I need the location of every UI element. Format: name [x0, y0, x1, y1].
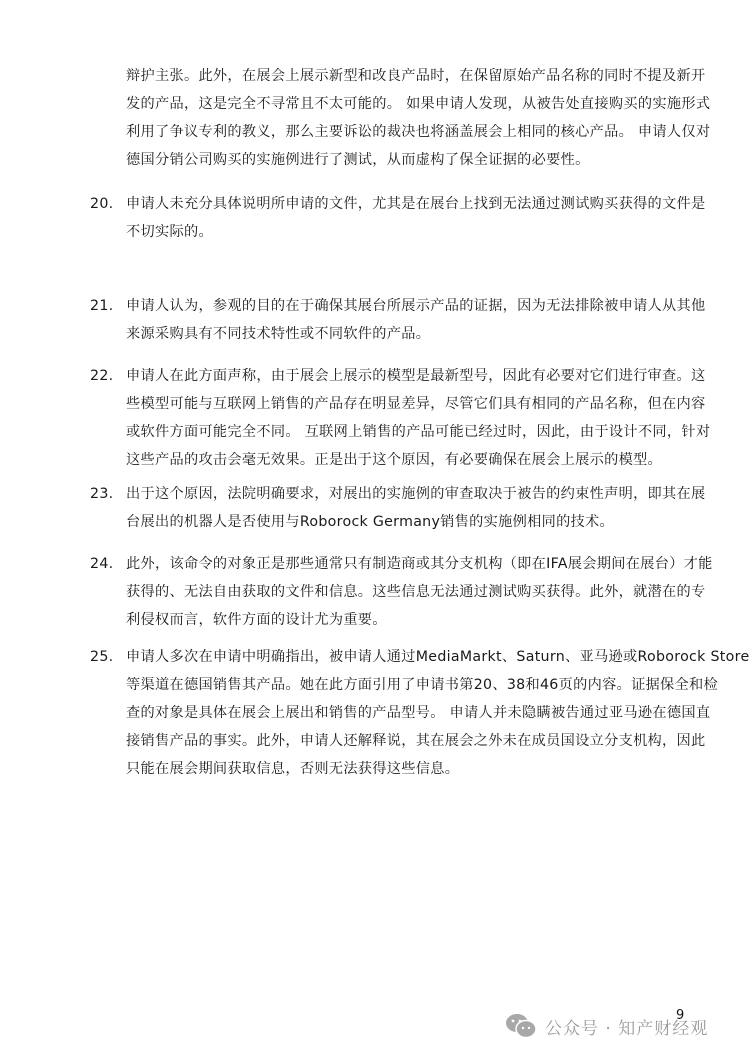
continuation-paragraph: 辩护主张。此外，在展会上展示新型和改良产品时，在保留原始产品名称的同时不提及新开…: [90, 62, 700, 174]
paragraph-25: 25.申请人多次在申请中明确指出，被申请人通过MediaMarkt、Saturn…: [90, 643, 700, 783]
text-line: 或软件方面可能完全不同。 互联网上销售的产品可能已经过时，因此，由于设计不同，针…: [90, 418, 700, 446]
paragraph-number: 24.: [90, 550, 126, 578]
text-line: 接销售产品的事实。此外，申请人还解释说，其在展会之外未在成员国设立分支机构，因此: [90, 727, 700, 755]
watermark-text: 公众号 · 知产财经观: [545, 1014, 708, 1039]
text-line: 些模型可能与互联网上销售的产品存在明显差异，尽管它们具有相同的产品名称，但在内容: [90, 390, 700, 418]
text-line: 辩护主张。此外，在展会上展示新型和改良产品时，在保留原始产品名称的同时不提及新开: [90, 62, 700, 90]
paragraph-21: 21.申请人认为，参观的目的在于确保其展台所展示产品的证据，因为无法排除被申请人…: [90, 292, 700, 348]
text-line: 德国分销公司购买的实施例进行了测试，从而虚构了保全证据的必要性。: [90, 146, 700, 174]
text-line: 台展出的机器人是否使用与Roborock Germany销售的实施例相同的技术。: [90, 508, 700, 536]
text-line: 申请人在此方面声称，由于展会上展示的模型是最新型号，因此有必要对它们进行审查。这: [126, 368, 706, 384]
text-line: 来源采购具有不同技术特性或不同软件的产品。: [90, 320, 700, 348]
text-line: 此外，该命令的对象正是那些通常只有制造商或其分支机构（即在IFA展会期间在展台）…: [126, 556, 713, 572]
paragraph-20: 20.申请人未充分具体说明所申请的文件，尤其是在展台上找到无法通过测试购买获得的…: [90, 190, 700, 246]
text-line: 不切实际的。: [90, 218, 700, 246]
watermark: 公众号 · 知产财经观: [505, 1013, 708, 1039]
text-line: 这些产品的攻击会毫无效果。正是出于这个原因，有必要确保在展会上展示的模型。: [90, 446, 700, 474]
paragraph-24: 24.此外，该命令的对象正是那些通常只有制造商或其分支机构（即在IFA展会期间在…: [90, 550, 700, 634]
paragraph-22: 22.申请人在此方面声称，由于展会上展示的模型是最新型号，因此有必要对它们进行审…: [90, 362, 700, 474]
paragraph-number: 23.: [90, 480, 126, 508]
wechat-icon: [505, 1013, 537, 1039]
paragraph-number: 22.: [90, 362, 126, 390]
text-line: 发的产品，这是完全不寻常且不太可能的。 如果申请人发现，从被告处直接购买的实施形…: [90, 90, 700, 118]
paragraph-number: 21.: [90, 292, 126, 320]
text-line: 利用了争议专利的教义，那么主要诉讼的裁决也将涵盖展会上相同的核心产品。 申请人仅…: [90, 118, 700, 146]
text-line: 申请人多次在申请中明确指出，被申请人通过MediaMarkt、Saturn、亚马…: [126, 649, 749, 665]
document-page: 辩护主张。此外，在展会上展示新型和改良产品时，在保留原始产品名称的同时不提及新开…: [0, 0, 750, 1060]
paragraph-23: 23.出于这个原因，法院明确要求，对展出的实施例的审查取决于被告的约束性声明，即…: [90, 480, 700, 536]
text-line: 利侵权而言，软件方面的设计尤为重要。: [90, 606, 700, 634]
text-line: 申请人认为，参观的目的在于确保其展台所展示产品的证据，因为无法排除被申请人从其他: [126, 298, 706, 314]
text-line: 出于这个原因，法院明确要求，对展出的实施例的审查取决于被告的约束性声明，即其在展: [126, 486, 706, 502]
paragraph-number: 25.: [90, 643, 126, 671]
paragraph-number: 20.: [90, 190, 126, 218]
text-line: 等渠道在德国销售其产品。她在此方面引用了申请书第20、38和46页的内容。证据保…: [90, 671, 700, 699]
text-line: 获得的、无法自由获取的文件和信息。这些信息无法通过测试购买获得。此外，就潜在的专: [90, 578, 700, 606]
text-line: 查的对象是具体在展会上展出和销售的产品型号。 申请人并未隐瞒被告通过亚马逊在德国…: [90, 699, 700, 727]
text-line: 只能在展会期间获取信息，否则无法获得这些信息。: [90, 755, 700, 783]
text-line: 申请人未充分具体说明所申请的文件，尤其是在展台上找到无法通过测试购买获得的文件是: [126, 196, 706, 212]
